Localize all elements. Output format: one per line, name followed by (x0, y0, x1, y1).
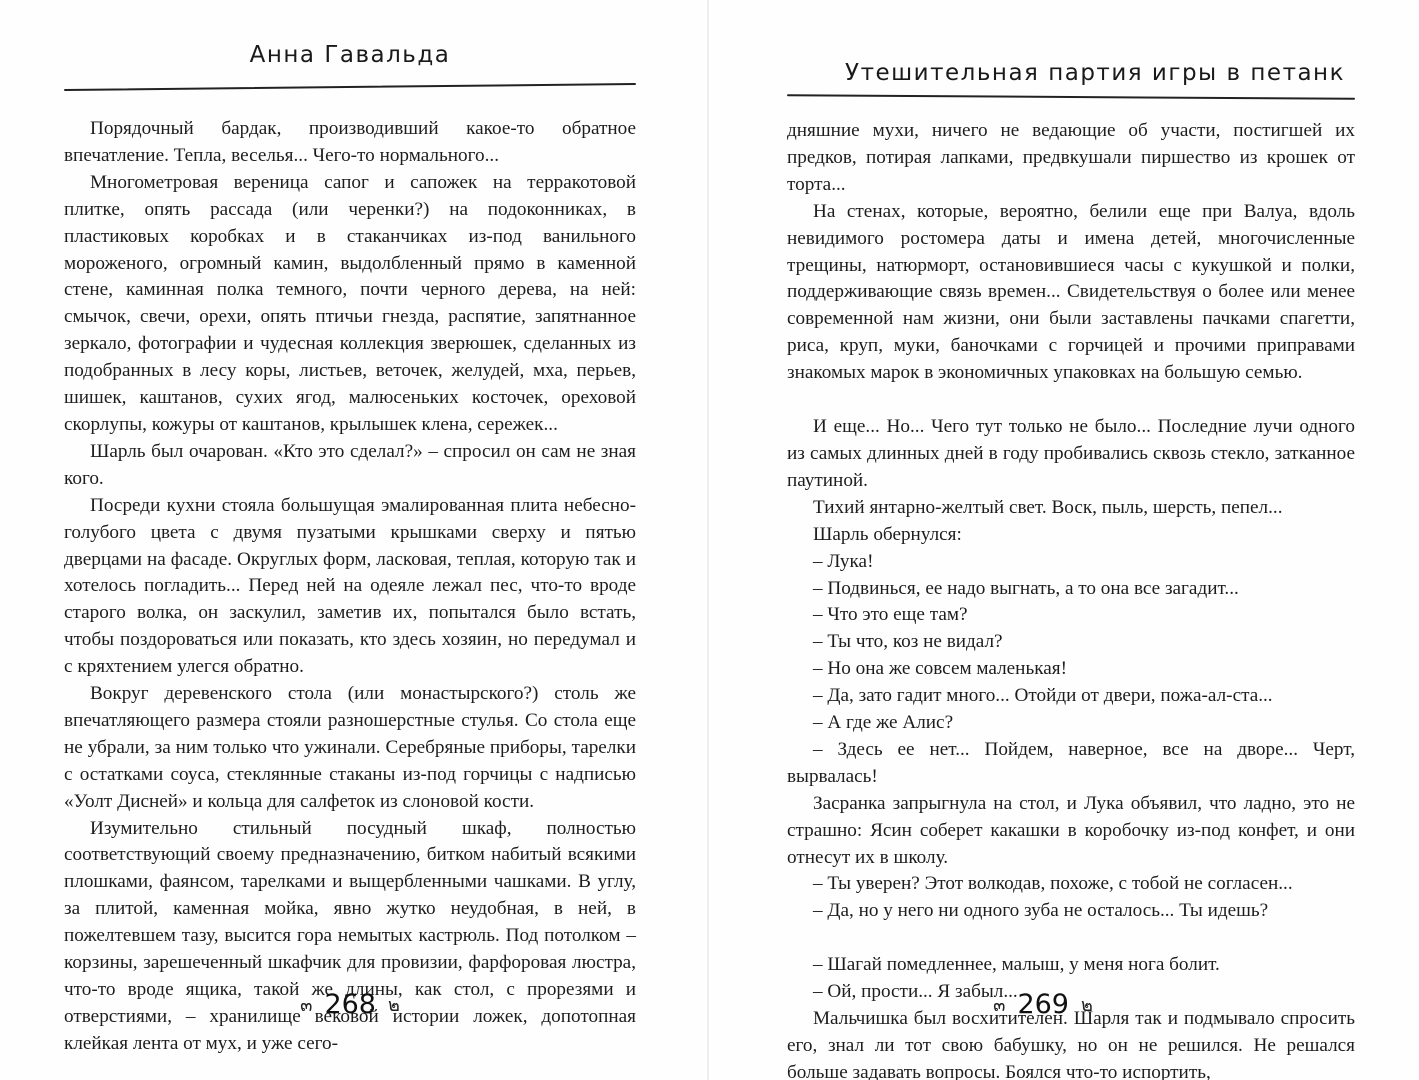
dialog-line: – Здесь ее нет... Пойдем, наверное, все … (787, 737, 1355, 791)
paragraph: дняшние мухи, ничего не ведающие об учас… (787, 118, 1355, 199)
dialog-line: – Шагай помедленнее, малыш, у меня нога … (787, 952, 1355, 979)
right-ornament-icon: ๒ (1081, 990, 1093, 1019)
header-rule (64, 83, 636, 91)
right-ornament-icon: ๒ (388, 990, 400, 1019)
page-number-footer: ๓268๒ (64, 988, 636, 1020)
dialog-line: – Да, но у него ни одного зуба не остало… (787, 898, 1355, 925)
running-head-author: Анна Гавальда (64, 42, 636, 82)
dialog-line: – Ты что, коз не видал? (787, 629, 1355, 656)
paragraph: Изумительно стильный посудный шкаф, полн… (64, 816, 636, 1058)
paragraph: На стенах, которые, вероятно, белили еще… (787, 199, 1355, 387)
dialog-line: – Что это еще там? (787, 602, 1355, 629)
paragraph: Многометровая вереница сапог и сапожек н… (64, 170, 636, 439)
paragraph: Вокруг деревенского стола (или монастырс… (64, 681, 636, 816)
paragraph: Засранка запрыгнула на стол, и Лука объя… (787, 791, 1355, 872)
paragraph: Шарль обернулся: (787, 522, 1355, 549)
paragraph: И еще... Но... Чего тут только не было..… (787, 414, 1355, 495)
dialog-line: – Да, зато гадит много... Отойди от двер… (787, 683, 1355, 710)
paragraph: Шарль был очарован. «Кто это сделал?» – … (64, 439, 636, 493)
left-ornament-icon: ๓ (993, 990, 1005, 1019)
page-number: 268 (324, 989, 376, 1020)
right-page: Утешительная партия игры в петанк дняшни… (787, 0, 1355, 1080)
dialog-line: – Лука! (787, 549, 1355, 576)
book-spread: Анна Гавальда Порядочный бардак, произво… (0, 0, 1419, 1080)
page-number: 269 (1017, 989, 1069, 1020)
paragraph: Порядочный бардак, производивший какое-т… (64, 116, 636, 170)
dialog-line: – Подвинься, ее надо выгнать, а то она в… (787, 576, 1355, 603)
paragraph: Посреди кухни стояла большущая эмалирова… (64, 493, 636, 681)
left-ornament-icon: ๓ (300, 990, 312, 1019)
dialog-line: – Ты уверен? Этот волкодав, похоже, с то… (787, 871, 1355, 898)
paragraph: Тихий янтарно-желтый свет. Воск, пыль, ш… (787, 495, 1355, 522)
page-number-footer: ๓269๒ (757, 988, 1329, 1020)
dialog-line: – Но она же совсем маленькая! (787, 656, 1355, 683)
left-page: Анна Гавальда Порядочный бардак, произво… (64, 0, 636, 1080)
left-page-body: Порядочный бардак, производивший какое-т… (64, 116, 636, 1058)
book-gutter (707, 0, 709, 1080)
right-page-body: дняшние мухи, ничего не ведающие об учас… (787, 118, 1355, 1080)
dialog-line: – А где же Алис? (787, 710, 1355, 737)
